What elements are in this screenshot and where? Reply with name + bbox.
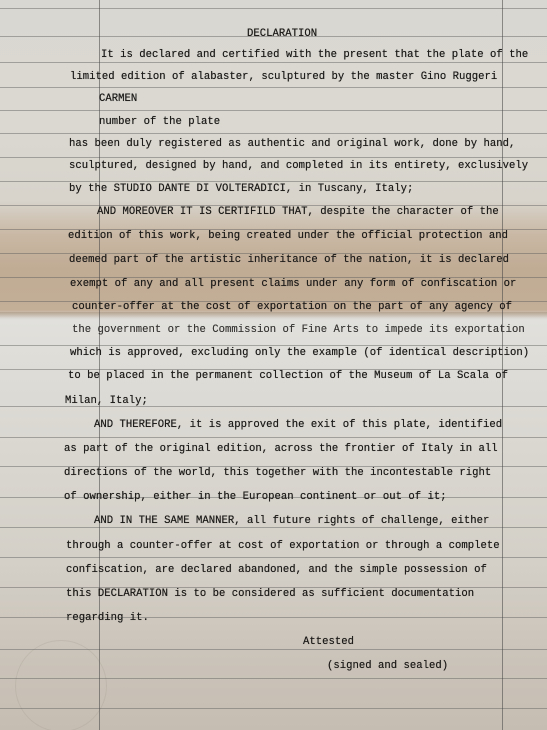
document-title: DECLARATION: [247, 28, 317, 40]
paper-fold: [0, 312, 547, 320]
ruled-line: [0, 110, 547, 111]
text-line: AND IN THE SAME MANNER, all future right…: [94, 515, 489, 527]
text-line: of ownership, either in the European con…: [64, 491, 447, 503]
ruled-line: [0, 678, 547, 679]
ruled-line: [0, 649, 547, 650]
ruled-line: [0, 133, 547, 134]
text-line: It is declared and certified with the pr…: [101, 49, 528, 61]
text-line: edition of this work, being created unde…: [68, 230, 508, 242]
text-line: the government or the Commission of Fine…: [72, 324, 525, 336]
ruled-line: [0, 345, 547, 346]
text-line: to be placed in the permanent collection…: [68, 370, 508, 382]
text-line: sculptured, designed by hand, and comple…: [69, 160, 528, 172]
text-line: deemed part of the artistic inheritance …: [69, 254, 509, 266]
ruled-line: [0, 87, 547, 88]
text-line: AND MOREOVER IT IS CERTIFILD THAT, despi…: [97, 206, 499, 218]
text-line: through a counter-offer at cost of expor…: [66, 540, 500, 552]
text-line: exempt of any and all present claims und…: [70, 278, 516, 290]
ruled-line: [0, 527, 547, 528]
ruled-line: [0, 62, 547, 63]
text-line: has been duly registered as authentic an…: [69, 138, 515, 150]
text-line: limited edition of alabaster, sculptured…: [70, 71, 497, 83]
signature-note: (signed and sealed): [327, 660, 448, 672]
ruled-line: [0, 8, 547, 9]
text-line: Milan, Italy;: [65, 395, 148, 407]
text-line: directions of the world, this together w…: [64, 467, 491, 479]
text-line: as part of the original edition, across …: [64, 443, 498, 455]
text-line: regarding it.: [66, 612, 149, 624]
text-line: by the STUDIO DANTE DI VOLTERADICI, in T…: [69, 183, 413, 195]
ruled-line: [0, 157, 547, 158]
text-line: which is approved, excluding only the ex…: [70, 347, 529, 359]
attested-label: Attested: [303, 636, 354, 648]
ruled-line: [0, 708, 547, 709]
ruled-line: [0, 557, 547, 558]
text-line: this DECLARATION is to be considered as …: [66, 588, 474, 600]
ruled-line: [0, 437, 547, 438]
ruled-line: [0, 181, 547, 182]
document-page: DECLARATION It is declared and certified…: [0, 0, 547, 730]
seal-impression: [15, 640, 107, 730]
text-line: counter-offer at the cost of exportation…: [72, 301, 512, 313]
text-line: AND THEREFORE, it is approved the exit o…: [94, 419, 502, 431]
right-margin-line: [502, 0, 503, 730]
text-line: confiscation, are declared abandoned, an…: [66, 564, 487, 576]
text-line: number of the plate: [99, 116, 220, 128]
plate-name: CARMEN: [99, 93, 137, 105]
